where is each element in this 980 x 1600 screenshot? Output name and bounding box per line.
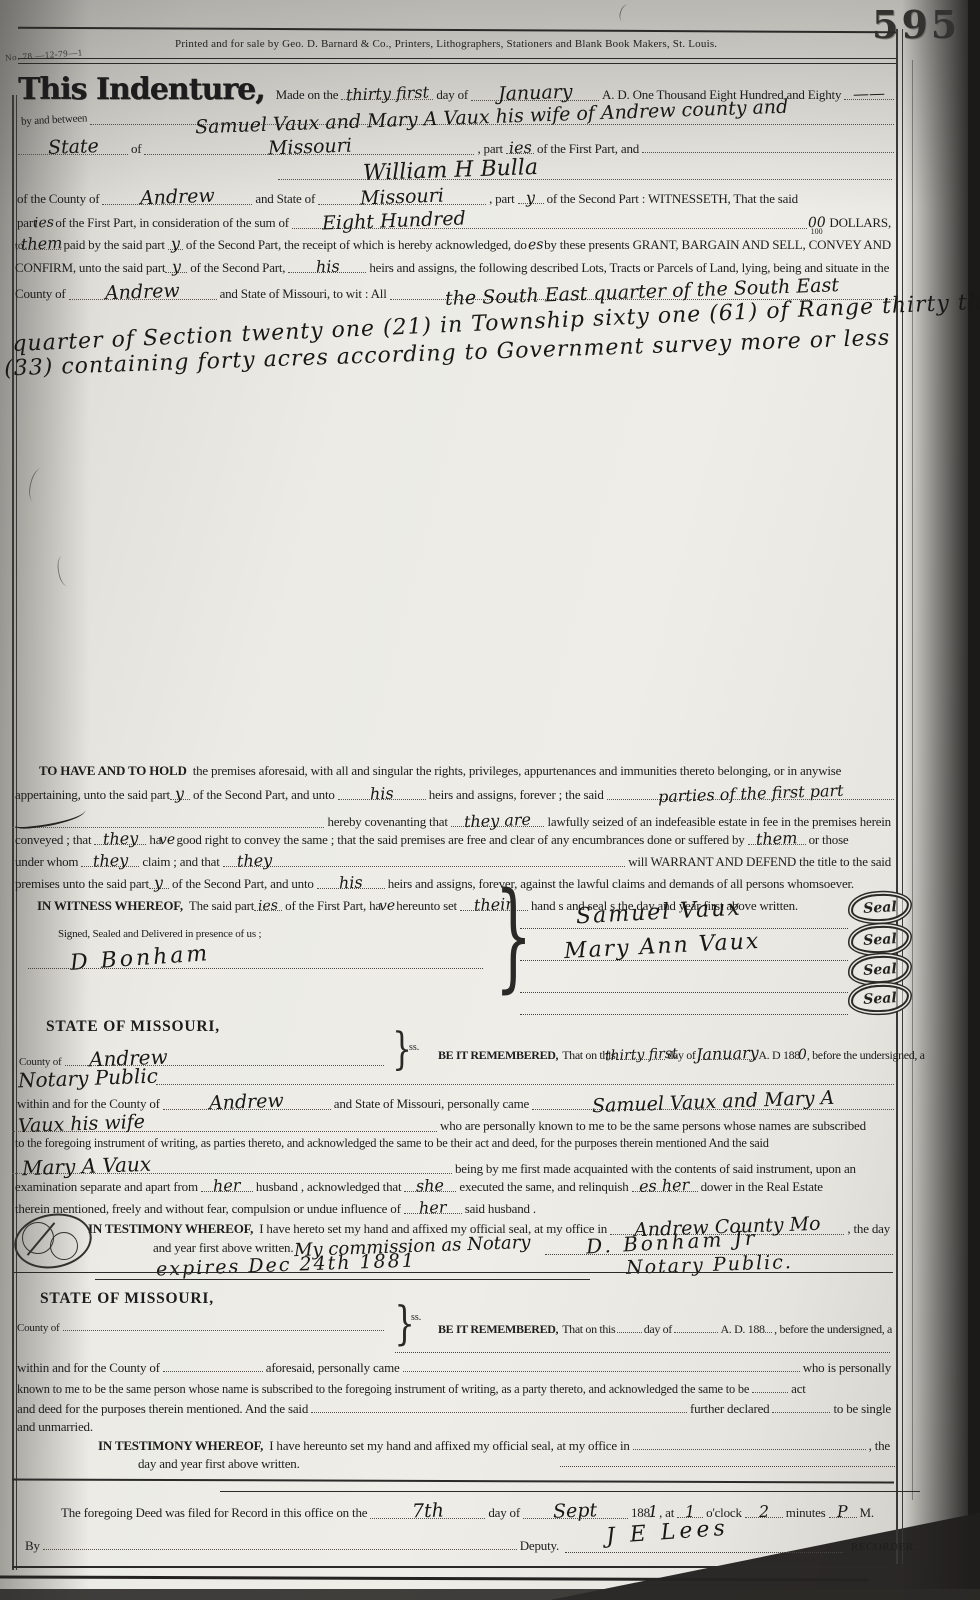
seal-label-1: Seal [863, 899, 897, 917]
habendum-text-5c: will WARRANT AND DEFEND the title to the… [628, 854, 891, 870]
ack1-text-4: who are personally known to me to be the… [440, 1118, 866, 1134]
habendum-line-2: appertaining, unto the said part y of th… [12, 786, 894, 803]
ack2-text-6a: I have hereunto set my hand and affixed … [269, 1438, 629, 1454]
state2-fill: Missouri [144, 138, 474, 155]
h5-they2-handwriting: they [236, 852, 272, 869]
part-label: , part [477, 141, 503, 157]
ack1-day-fill: thirty first [617, 1048, 665, 1060]
ack1-day-handwriting: thirty first [605, 1047, 678, 1064]
ack1-her-fill-2: her [404, 1200, 462, 1214]
witness-ies-handwriting: ies [258, 899, 278, 914]
filing-line: The foregoing Deed was filed for Record … [58, 1502, 896, 1521]
ack1-line-5: to the foregoing instrument of writing, … [12, 1136, 894, 1151]
witness-signature-handwriting: D Bonham [69, 943, 211, 975]
h4-ve-handwriting: ve [159, 833, 176, 848]
pen-flourish [13, 805, 87, 831]
seal-label-3: Seal [863, 961, 897, 979]
filing-day-handwriting: 7th [412, 1501, 445, 1521]
ack1-month-fill: January [698, 1046, 757, 1060]
ack1-line-7: examination separate and apart from her … [12, 1178, 894, 1195]
filing-text-6: minutes [786, 1505, 826, 1521]
deed-line-parties: by and between Samuel Vaux and Mary A Va… [18, 108, 894, 126]
notary-title-handwriting: Notary Public. [626, 1253, 793, 1278]
signature-line-3 [520, 992, 848, 993]
confirm-label-3: heirs and assigns, the following describ… [369, 260, 889, 276]
printer-imprint-line: Printed and for sale by Geo. D. Barnard … [175, 38, 717, 50]
filing-divider-rule-1 [12, 1478, 894, 1483]
amount-handwriting: Eight Hundred [322, 209, 466, 233]
ack1-line-4: Vaux his wife who are personally known t… [12, 1115, 894, 1134]
filing-by-row: By Deputy. [22, 1538, 562, 1554]
ack1-ss-label: ss. [409, 1042, 419, 1053]
habendum-text-2a: appertaining, unto the said part [15, 787, 170, 803]
grantee-handwriting: William H Bulla [363, 157, 539, 185]
part-fill-handwriting: ies [508, 140, 531, 157]
filing-text-1: The foregoing Deed was filed for Record … [61, 1505, 367, 1521]
month-fill: January [471, 84, 599, 101]
h4-they-handwriting: they [103, 830, 139, 847]
ack2-text-5: and unmarried. [17, 1419, 93, 1435]
deed-line-state: State of Missouri , part ies of the Firs… [18, 138, 894, 157]
confirm-part-fill: y [165, 259, 187, 273]
signature-line-1 [520, 928, 848, 929]
recorder-signature-line [565, 1552, 843, 1553]
habendum-text-4c: good right to convey the same ; that the… [177, 832, 745, 848]
be-it-remembered-heading-2: BE IT REMEMBERED, [438, 1322, 558, 1337]
ack2-line-4: and deed for the purposes therein mentio… [14, 1401, 894, 1417]
ack2-text-2a: within and for the County of [17, 1360, 160, 1376]
seal-label-2: Seal [863, 931, 897, 949]
grantor-signature-1: Samuel Vaux [576, 898, 743, 929]
h6-his-fill: his [317, 875, 385, 889]
witness-ve-handwriting: ve [379, 899, 396, 914]
ack1-text-7a: examination separate and apart from [15, 1179, 198, 1195]
deed-line-description-3: (33) containing forty acres according to… [6, 343, 890, 362]
habendum-line-5: under whom they claim ; and that they wi… [12, 853, 894, 870]
county-of-label: of the County of [17, 191, 99, 207]
ack1-her-handwriting-1: her [213, 1178, 241, 1195]
notary-seal-inner-circle-2 [50, 1232, 78, 1260]
page-number: 595 [872, 2, 960, 47]
filing-minutes-handwriting: 2 [758, 1504, 769, 1520]
ack2-text-4c: to be single [833, 1401, 891, 1417]
filing-text-2: day of [488, 1505, 520, 1521]
seal-stamp-2: Seal [850, 925, 909, 955]
habendum-text-2b: of the Second Part, and unto [193, 787, 335, 803]
book-edge-dark-strip [968, 0, 980, 1600]
them-fill: them [23, 236, 60, 250]
bottom-frame-rule-1 [12, 1566, 890, 1568]
paid-label-1: paid by the said part [64, 237, 165, 253]
h2-parties-handwriting: parties of the first part [657, 783, 843, 805]
his-fill: his [288, 259, 366, 273]
county-handwriting: Andrew [140, 187, 215, 209]
seal-stamp-4: Seal [850, 984, 909, 1014]
state3-fill: Missouri [318, 188, 486, 205]
recorder-signature-handwriting: J E Lees [605, 1518, 729, 1549]
filing-divider-rule-2 [220, 1491, 920, 1492]
by-and-between-label: by and between [21, 112, 88, 127]
ack2-line-3: known to me to be the same person whose … [14, 1381, 894, 1397]
county-of-label-2: County of [15, 286, 66, 302]
ack2-declared-fill [772, 1404, 830, 1413]
habendum-text-6b: of the Second Part, and unto [172, 876, 314, 892]
ack1-text-6: being by me first made acquainted with t… [455, 1161, 856, 1177]
filing-ampm-handwriting: P [837, 1504, 848, 1520]
ack1-line2-fill [156, 1076, 894, 1085]
ack1-text-7c: executed the same, and relinquish [459, 1179, 628, 1195]
h6-part-handwriting: y [154, 875, 164, 891]
ack1-her-fill-1: her [201, 1178, 253, 1192]
ack2-day-fill [617, 1324, 641, 1333]
ack2-county-fill [63, 1322, 384, 1331]
filing-year-handwriting: 1 [648, 1504, 659, 1520]
filing-ampm-fill: P [829, 1504, 857, 1518]
h5-they2-fill: they [223, 853, 626, 867]
state-fill: State [18, 138, 128, 155]
habendum-line-6: premises unto the said part y of the Sec… [12, 875, 894, 892]
signed-sealed-label-row: Signed, Sealed and Delivered in presence… [55, 928, 264, 940]
ack2-came-fill [403, 1363, 800, 1372]
filing-text-7: M. [860, 1505, 874, 1521]
ack1-line-3: within and for the County of Andrew and … [14, 1093, 894, 1112]
filing-month-fill: Sept [523, 1502, 628, 1519]
filing-hour-fill: 1 [677, 1504, 703, 1518]
habendum-text-2c: heirs and assigns, forever ; the said [429, 787, 604, 803]
indenture-title: This Indenture, [18, 72, 265, 107]
ack2-month-fill [674, 1324, 719, 1333]
ack2-county-label: County of [17, 1322, 60, 1334]
deed-line-consideration: part ies of the First Part, in considera… [14, 212, 894, 232]
ack2-text-7: day and year first above written. [138, 1456, 300, 1472]
h3-they-are-handwriting: they are [464, 812, 532, 830]
ack2-act-fill [752, 1384, 788, 1393]
part-fill: ies [506, 140, 534, 154]
h2-his-handwriting: his [370, 786, 394, 803]
ack2-state-heading-row: STATE OF MISSOURI, [40, 1290, 214, 1308]
ack1-line-6: Mary A Vaux being by me first made acqua… [12, 1156, 894, 1177]
ack1-county-handwriting-2: Andrew [209, 1092, 284, 1114]
witness-brace: } [495, 876, 533, 994]
ack1-es-her-fill: es her [632, 1178, 698, 1192]
ack2-line-6: IN TESTIMONY WHEREOF, I have hereunto se… [95, 1438, 893, 1454]
filing-minutes-fill: 2 [745, 1504, 783, 1518]
header-rule-1 [18, 58, 898, 59]
deed-line-description-2: quarter of Section twenty one (21) in To… [14, 312, 890, 331]
year-dash-handwriting: —— [853, 85, 886, 102]
deed-line-paid: to them paid by the said part y of the S… [12, 236, 894, 253]
ack1-text-1d: , before the undersigned, a [807, 1048, 925, 1063]
signed-sealed-label: Signed, Sealed and Delivered in presence… [58, 928, 261, 940]
recorder-label: RECORDER. [851, 1541, 917, 1553]
paid-label-3: by these presents GRANT, BARGAIN AND SEL… [544, 237, 891, 253]
ack2-office-fill [633, 1441, 866, 1450]
habendum-text-6a: premises unto the said part [15, 876, 149, 892]
frame-rule-right-inner [896, 29, 898, 1564]
habendum-text-4d: or those [809, 832, 849, 848]
filing-deputy-label: Deputy. [520, 1538, 559, 1554]
witness-part-fill: ies [254, 899, 282, 911]
ack1-came-fill: Samuel Vaux and Mary A [532, 1093, 894, 1110]
grantor-signature-2: Mary Ann Vaux [564, 931, 761, 963]
ack1-county-fill-2: Andrew [163, 1093, 331, 1110]
deed-line-confirm: CONFIRM, unto the said part y of the Sec… [12, 259, 894, 276]
ack2-line-1: BE IT REMEMBERED, That on this day of A.… [436, 1322, 894, 1337]
county-handwriting-2: Andrew [105, 282, 180, 304]
ack2-county-row: County of [14, 1322, 384, 1334]
ack1-month-handwriting: January [695, 1045, 758, 1063]
filing-day-fill: 7th [370, 1502, 485, 1519]
h2-his-fill: his [338, 786, 426, 800]
year-fill: —— [844, 86, 894, 100]
habendum-text-5b: claim ; and that [142, 854, 219, 870]
notary-seal-scribble [14, 1208, 94, 1270]
of-label: of [131, 141, 141, 157]
paid-part-fill: y [168, 236, 183, 250]
filing-month-handwriting: Sept [553, 1501, 598, 1522]
second-part-label: of the Second Part : WITNESSETH, That th… [547, 191, 798, 207]
confirm-label-1: CONFIRM, unto the said part [15, 260, 165, 276]
ack1-state-heading-row: STATE OF MISSOURI, [46, 1018, 220, 1036]
ack1-she-handwriting: she [416, 1178, 445, 1195]
witness-text-3: hereunto set [396, 898, 457, 914]
confirm-label-2: of the Second Part, [190, 260, 285, 276]
ack2-text-1c: A. D. 188 [720, 1322, 764, 1337]
ack2-year-fill [765, 1324, 773, 1333]
day-fill: thirty first [341, 86, 433, 100]
h4-them-handwriting: them [756, 830, 798, 847]
ack1-mary-handwriting: Mary A Vaux [22, 1154, 152, 1178]
ack2-brace: } [394, 1300, 414, 1346]
day-handwriting: thirty first [346, 85, 430, 104]
h5-they-handwriting: they [92, 852, 128, 869]
ack1-line-2: Notary Public [20, 1068, 894, 1085]
ack2-text-1a: That on this [562, 1322, 615, 1337]
ack1-text-1c: A. D 188 [758, 1048, 800, 1063]
ack1-es-her-handwriting: es her [639, 1177, 690, 1195]
witness-clause-line: IN WITNESS WHEREOF, The said part ies of… [34, 897, 894, 914]
ack2-ss-label: ss. [411, 1312, 421, 1323]
ack1-came-handwriting: Samuel Vaux and Mary A [592, 1089, 835, 1116]
habendum-line-4: conveyed ; that they ha ve good right to… [12, 831, 894, 848]
notary-public-handwriting: Notary Public [18, 1066, 158, 1091]
habendum-text-3b: lawfully seized of an indefeasible estat… [547, 814, 891, 830]
h2-part-handwriting: y [175, 786, 185, 802]
ack2-text-2c: who is personally [803, 1360, 891, 1376]
deed-line-grantee: William H Bulla [278, 160, 892, 180]
state2-handwriting: Missouri [267, 137, 351, 159]
county-fill-2: Andrew [69, 283, 217, 300]
h2-part-fill: y [170, 786, 190, 800]
ack2-said-fill [311, 1404, 687, 1413]
habendum-text-3a: hereby covenanting that [327, 814, 447, 830]
be-it-remembered-heading-1: BE IT REMEMBERED, [438, 1048, 558, 1063]
his-handwriting: his [315, 259, 339, 276]
consid-label: of the First Part, in consideration of t… [55, 215, 289, 231]
ack1-mary-fill: Mary A Vaux [12, 1156, 452, 1174]
habendum-line-3: hereby covenanting that they are lawfull… [12, 809, 894, 830]
deed-record-page: 595 Printed and for sale by Geo. D. Barn… [0, 0, 980, 1600]
ack1-text-3a: within and for the County of [17, 1096, 160, 1112]
in-testimony-whereof-heading-1: IN TESTIMONY WHEREOF, [88, 1221, 253, 1237]
h4-them-fill: them [748, 831, 806, 845]
ack1-she-fill: she [404, 1178, 456, 1192]
h3-leading-fill [12, 809, 324, 828]
made-on-label: Made on the [276, 87, 339, 103]
month-handwriting: January [497, 83, 572, 105]
ack1-text-9b: , the day [847, 1221, 890, 1237]
ack2-text-6b: , the [869, 1438, 890, 1454]
ack1-text-5: to the foregoing instrument of writing, … [15, 1136, 769, 1151]
ack2-text-4b: further declared [690, 1401, 769, 1417]
ack2-blank-line [395, 1352, 890, 1353]
ack1-county-fill: Andrew [65, 1048, 384, 1066]
day-of-label: day of [436, 87, 468, 103]
part-fill-2-handwriting: y [526, 190, 536, 206]
ack2-state-heading: STATE OF MISSOURI, [40, 1290, 214, 1308]
part-fill-2: y [518, 190, 544, 204]
amount-fill: Eight Hundred [292, 212, 807, 229]
ack1-wife-fill: Vaux his wife [12, 1115, 437, 1132]
habendum-text-5a: under whom [15, 854, 78, 870]
ack1-year-handwriting: 0 [798, 1048, 807, 1062]
in-witness-whereof-heading: IN WITNESS WHEREOF, [37, 898, 183, 914]
h3-they-are-fill: they are [451, 813, 545, 827]
paid-part-handwriting: y [171, 236, 181, 252]
ack2-text-1d: , before the undersigned, a [774, 1322, 892, 1337]
and-state-of-label: and State of [255, 191, 315, 207]
h2-said-fill: parties of the first part [607, 786, 894, 800]
ack2-line-2: within and for the County of aforesaid, … [14, 1360, 894, 1376]
witness-text-1: The said part [189, 898, 254, 914]
ack1-state-heading: STATE OF MISSOURI, [46, 1018, 220, 1036]
ack1-text-7b: husband , acknowledged that [256, 1179, 402, 1195]
cents-fraction: 00100 [810, 214, 824, 232]
h6-his-handwriting: his [339, 875, 363, 892]
deed-line-county: of the County of Andrew and State of Mis… [14, 188, 894, 207]
ack2-text-3a: known to me to be the same person whose … [17, 1382, 749, 1397]
consid-ies-handwriting: ies [34, 216, 54, 231]
ack1-divider-rule-1 [14, 1272, 893, 1273]
ack2-county-fill-2 [163, 1363, 263, 1372]
h4-they-fill: they [94, 831, 146, 845]
filing-by-label: By [25, 1538, 40, 1554]
do-es-handwriting: es [527, 238, 543, 253]
ack2-line-5: and unmarried. [14, 1419, 96, 1435]
witness-text-2: of the First Part, ha [285, 898, 381, 914]
state3-handwriting: Missouri [360, 187, 444, 209]
ack2-text-3b: act [791, 1381, 806, 1397]
ack1-text-7d: dower in the Real Estate [701, 1179, 823, 1195]
dollars-label: DOLLARS, [829, 215, 891, 231]
ack2-signature-line [560, 1466, 895, 1467]
h6-part-fill: y [149, 875, 169, 889]
signature-line-4 [520, 1014, 848, 1015]
ack1-text-3b: and State of Missouri, personally came [334, 1096, 529, 1112]
ack1-text-8b: said husband . [465, 1201, 536, 1217]
ack1-wife-handwriting: Vaux his wife [18, 1113, 146, 1136]
to-wit-label: and State of Missouri, to wit : All [220, 286, 387, 302]
ack1-her-handwriting-2: her [419, 1200, 447, 1217]
ack1-line-1: BE IT REMEMBERED, That on this thirty fi… [436, 1046, 894, 1063]
habendum-line-1: TO HAVE AND TO HOLD the premises aforesa… [36, 763, 894, 779]
trailing-fill-1 [642, 144, 894, 153]
seal-label-4: Seal [863, 990, 897, 1008]
them-handwriting: them [21, 235, 63, 252]
part-label-2: , part [489, 191, 515, 207]
ack2-text-4a: and deed for the purposes therein mentio… [17, 1401, 308, 1417]
county-fill: Andrew [102, 188, 252, 205]
confirm-part-handwriting: y [171, 259, 181, 275]
seal-stamp-3: Seal [850, 955, 909, 985]
ack2-text-1b: day of [644, 1322, 672, 1337]
ack2-line-7: day and year first above written. [135, 1456, 303, 1472]
ack1-county-row: County of Andrew [16, 1048, 384, 1068]
bottom-edge-dark-strip [0, 1589, 980, 1600]
ack1-divider-rule-2 [95, 1279, 590, 1280]
h5-they-fill: they [81, 853, 139, 867]
filing-by-fill [43, 1541, 517, 1550]
page-edge-line [912, 60, 913, 1500]
to-have-and-to-hold-heading: TO HAVE AND TO HOLD [39, 763, 187, 779]
habendum-text-6c: heirs and assigns, forever, against the … [388, 876, 854, 892]
header-rule-2 [18, 63, 898, 64]
grantee-fill: William H Bulla [278, 160, 892, 180]
cents-denominator: 100 [811, 227, 823, 236]
habendum-text-1: the premises aforesaid, with all and sin… [193, 763, 842, 779]
paid-label-2: of the Second Part, the receipt of which… [186, 237, 527, 253]
ack2-text-2b: aforesaid, personally came [266, 1360, 400, 1376]
parties-fill: Samuel Vaux and Mary A Vaux his wife of … [90, 108, 894, 125]
state-handwriting: State [47, 137, 98, 158]
habendum-text-4a: conveyed ; that [15, 832, 91, 848]
witness-signature-line [28, 968, 483, 969]
first-part-label: of the First Part, and [537, 141, 639, 157]
in-testimony-whereof-heading-2: IN TESTIMONY WHEREOF, [98, 1438, 263, 1454]
frame-rule-right-outer [902, 29, 903, 1564]
